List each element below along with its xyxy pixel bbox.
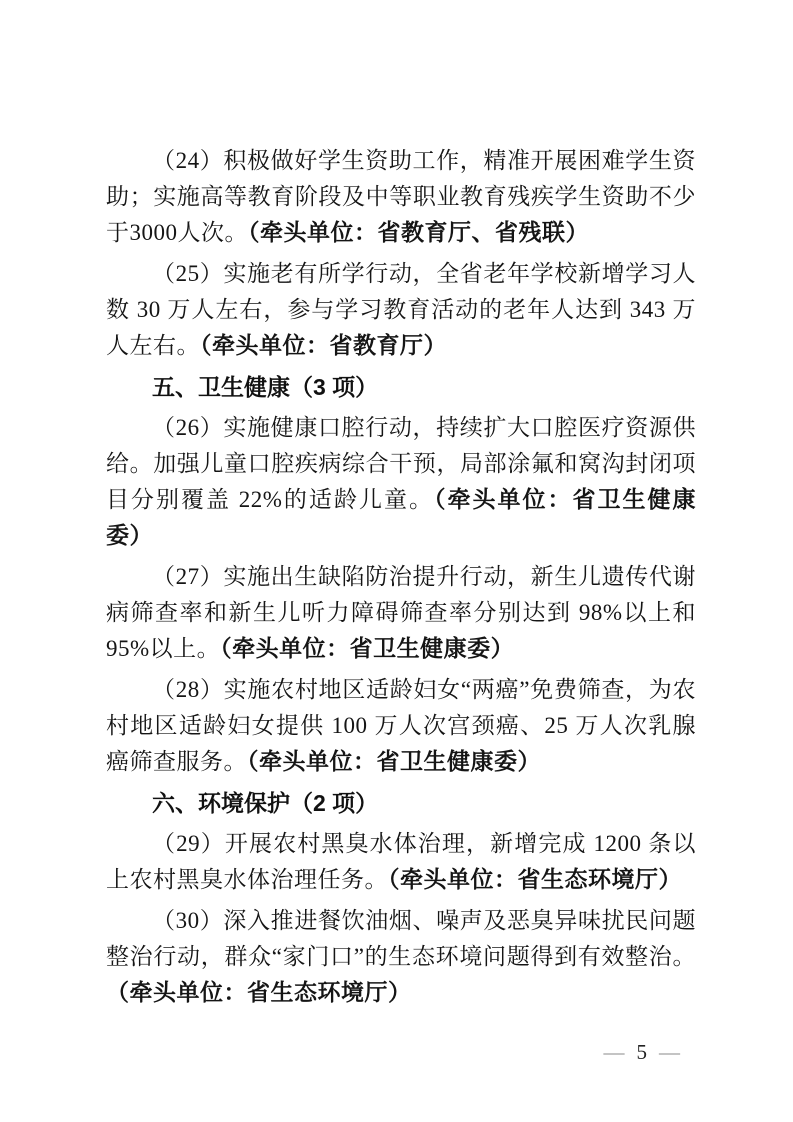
footer-dash-right: — — [659, 1040, 680, 1064]
lead-unit-text: （牵头单位：省生态环境厅） — [388, 867, 682, 892]
lead-unit-text: （牵头单位：省卫生健康委） — [247, 749, 541, 774]
document-body: （24）积极做好学生资助工作，精准开展困难学生资助；实施高等教育阶段及中等职业教… — [106, 143, 696, 1011]
lead-unit-text: （牵头单位：省教育厅） — [200, 333, 447, 358]
lead-unit-text: （牵头单位：省生态环境厅） — [106, 980, 412, 1005]
lead-unit-text: （牵头单位：省卫生健康委） — [220, 636, 514, 661]
list-item-30: （30）深入推进餐饮油烟、噪声及恶臭异味扰民问题整治行动，群众“家门口”的生态环… — [106, 903, 696, 1011]
list-item-26: （26）实施健康口腔行动，持续扩大口腔医疗资源供给。加强儿童口腔疾病综合干预，局… — [106, 410, 696, 554]
list-item-24: （24）积极做好学生资助工作，精准开展困难学生资助；实施高等教育阶段及中等职业教… — [106, 143, 696, 251]
section-heading-environment: 六、环境保护（2 项） — [106, 785, 696, 821]
section-heading-health: 五、卫生健康（3 项） — [106, 369, 696, 405]
page-number: 5 — [637, 1040, 648, 1064]
paragraph-text: （30）深入推进餐饮油烟、噪声及恶臭异味扰民问题整治行动，群众“家门口”的生态环… — [106, 908, 696, 969]
list-item-25: （25）实施老有所学行动，全省老年学校新增学习人数 30 万人左右，参与学习教育… — [106, 256, 696, 364]
lead-unit-text: （牵头单位：省教育厅、省残联） — [248, 220, 589, 245]
list-item-28: （28）实施农村地区适龄妇女“两癌”免费筛查，为农村地区适龄妇女提供 100 万… — [106, 672, 696, 780]
list-item-29: （29）开展农村黑臭水体治理，新增完成 1200 条以上农村黑臭水体治理任务。（… — [106, 826, 696, 898]
list-item-27: （27）实施出生缺陷防治提升行动，新生儿遗传代谢病筛查率和新生儿听力障碍筛查率分… — [106, 559, 696, 667]
page-footer: —5— — [106, 1037, 696, 1067]
document-page: （24）积极做好学生资助工作，精准开展困难学生资助；实施高等教育阶段及中等职业教… — [0, 0, 793, 1122]
footer-dash-left: — — [604, 1040, 625, 1064]
